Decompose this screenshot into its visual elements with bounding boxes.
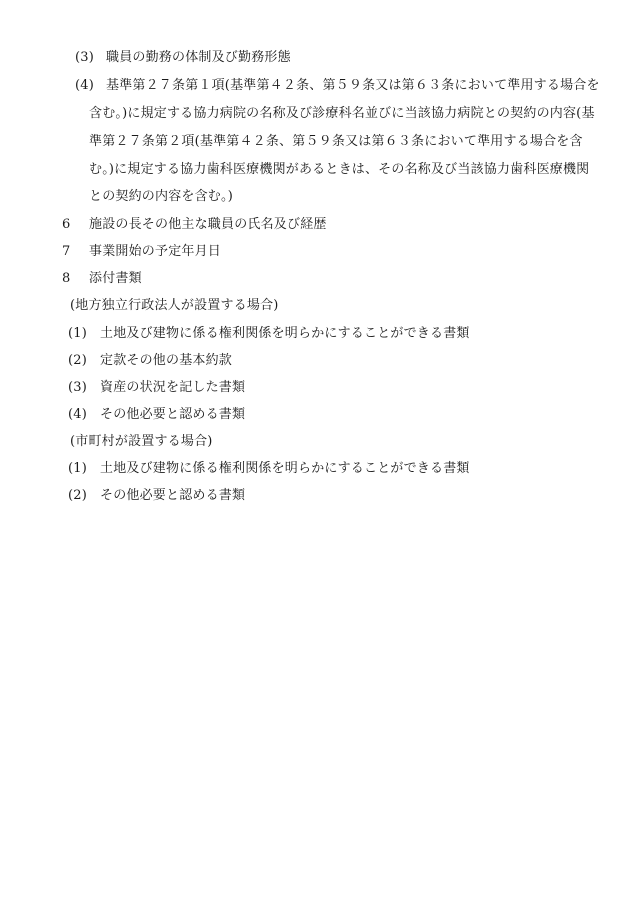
item-text: 土地及び建物に係る権利関係を明らかにすることができる書類 — [100, 461, 470, 477]
item-text: 職員の勤務の体制及び勤務形態 — [106, 50, 291, 66]
section-number: 6 — [62, 217, 70, 233]
item-number: (2) — [68, 353, 87, 369]
item-text: 含む。)に規定する協力病院の名称及び診療科名並びに当該協力病院との契約の内容(基 — [89, 106, 595, 122]
item-text: 定款その他の基本約款 — [100, 353, 232, 369]
section-text: 事業開始の予定年月日 — [89, 244, 221, 260]
item-number: (2) — [68, 488, 87, 504]
section-text: 添付書類 — [89, 271, 142, 287]
item-text: その他必要と認める書類 — [100, 488, 245, 504]
item-text: 準第２７条第２項(基準第４２条、第５９条又は第６３条において準用する場合を含 — [89, 134, 583, 150]
item-number: (4) — [75, 78, 94, 94]
item-number: (1) — [68, 326, 87, 342]
item-text: 土地及び建物に係る権利関係を明らかにすることができる書類 — [100, 326, 470, 342]
section-number: 7 — [62, 244, 70, 260]
item-number: (3) — [75, 50, 94, 66]
item-number: (1) — [68, 461, 87, 477]
item-number: (3) — [68, 380, 87, 396]
item-text: 資産の状況を記した書類 — [100, 380, 245, 396]
item-number: (4) — [68, 407, 87, 423]
subheading-text: (市町村が設置する場合) — [70, 434, 213, 450]
subheading-text: (地方独立行政法人が設置する場合) — [70, 298, 279, 314]
item-text: 基準第２７条第１項(基準第４２条、第５９条又は第６３条において準用する場合を — [106, 78, 600, 94]
section-number: 8 — [62, 271, 70, 287]
item-text: む。)に規定する協力歯科医療機関があるときは、その名称及び当該協力歯科医療機関 — [89, 162, 589, 178]
section-text: 施設の長その他主な職員の氏名及び経歴 — [89, 217, 327, 233]
item-text: との契約の内容を含む。) — [89, 189, 233, 205]
item-text: その他必要と認める書類 — [100, 407, 245, 423]
